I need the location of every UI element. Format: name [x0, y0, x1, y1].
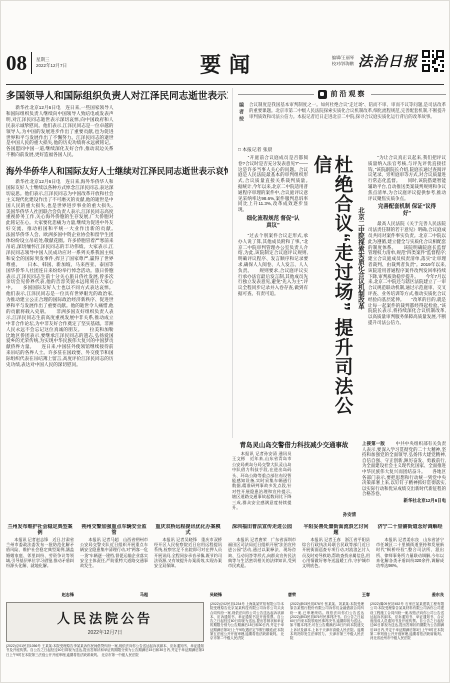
- brief-body: 本报讯 记者马超 山西省朔州市公安局交警支队近日组织开展重点车辆安全隐患集中清理…: [80, 537, 148, 592]
- court-notice-box: 人民法院公告 2022年12月7日: [6, 602, 204, 642]
- brief-pingyang: 平阳妥善处置街面流浪乞讨问题 本报讯 记者王春 浙江省平阳县综合行政执法局联合民…: [302, 524, 370, 598]
- brief-body: 本报讯 记者唐荣 广东省深圳市福田区司法局近日组织开展“法治宣传进公园”活动,通…: [228, 537, 296, 592]
- masthead-logo: 法治日报: [358, 51, 418, 71]
- feature-section: 前沿观察 编者按 合议制度是我国基本审判制度之一。如何杜绝合议“走过场”、陪而不…: [232, 88, 446, 438]
- headline-condolences-leaders: 多国领导人和国际组织负责人对江泽民同志逝世表示哀悼: [6, 90, 228, 103]
- feature-subhead-2: 完善配套机制 保证“议得好”: [374, 204, 440, 218]
- proofreader-label: 校对/郭海鹏: [332, 61, 354, 66]
- feature-subtitle: 北京二中院探索实质化合议机制改革: [356, 155, 364, 431]
- announcement-under-box: (2022)京01民初1056号 王某某:本院受理原告李某某诉你民间借贷纠纷一案…: [6, 644, 204, 676]
- editor-label: 编辑/王丽琴: [332, 55, 354, 60]
- court-notice-title: 人民法院公告: [57, 608, 153, 627]
- brief-shenzhen: 深圳福田普法宣传走进公园 本报讯 记者唐荣 广东省深圳市福田区司法局近日组织开展…: [228, 524, 296, 598]
- jump-label: 上接第一版: [362, 441, 385, 446]
- badge-line-left: [238, 94, 314, 95]
- qingdao-body: 本报讯 记者孙安清 通讯员王文彬 近年来,山东省青岛市公安局黄岛分局交警大队灵山…: [232, 451, 356, 511]
- feature-left-intro: “开庭前合议庭成员是否都阅卷?合议时是否充分发表意见?”——这是许多当事人关心的…: [238, 155, 308, 213]
- page-header: 08 星期三 2022年12月7日 要闻 编辑/王丽琴 校对/郭海鹏 法治日报: [6, 46, 444, 83]
- headline-condolences-overseas: 海外华侨华人和国际友好人士继续对江泽民同志逝世表示哀悼: [6, 165, 228, 177]
- feature-columns: “开庭前合议庭成员是否都阅卷?合议时是否充分发表意见?”——这是许多当事人关心的…: [238, 155, 446, 431]
- brief-body: 本报讯 记者吴晓锋 重庆市双桥经开区人民检察院近日启用远程提讯系统,检察官足不出…: [154, 537, 222, 592]
- brief-title: 济宁二十里铺街道念好调解经: [376, 524, 444, 537]
- editors-note: 编者按 合议制度是我国基本审判制度之一。如何杜绝合议“走过场”、陪而不审、审而不…: [238, 102, 446, 144]
- header-rule: [6, 84, 444, 85]
- brief-signature: 马超: [80, 592, 148, 598]
- feature-badge-row: 前沿观察: [238, 88, 446, 100]
- editors-note-label: 编者按: [238, 102, 245, 144]
- brief-title: 重庆双桥远程提讯优化办案模式: [154, 524, 222, 537]
- feature-headline: 杜绝合议“走过场” 提升司法公信: [312, 155, 354, 427]
- frontier-watch-icon: [318, 90, 327, 99]
- briefs-row: 兰州发布维护社会稳定典型案例 本报讯 记者赵志锋 近日,甘肃省兰州市委政法委发布…: [6, 524, 444, 598]
- feature-badge-label: 前沿观察: [331, 89, 367, 99]
- feature-left-body: “过去个别案件合议走形式,承办人说了算,其他成员附和了事。”北京二中院审判管理办…: [238, 233, 308, 297]
- feature-column-left: “开庭前合议庭成员是否都阅卷?合议时是否充分发表意见?”——这是许多当事人关心的…: [238, 155, 308, 431]
- feature-byline: □ 本报记者 张晨: [238, 146, 446, 153]
- brief-signature: 姜东良: [376, 592, 444, 598]
- mid-row: 青岛灵山岛交警借力科技减少交通事故 本报讯 记者孙安清 通讯员王文彬 近年来,山…: [232, 441, 446, 521]
- article-body-leaders: 新华社北京12月6日电 连日来,一些国家领导人和国际组织负责人继续向中国领导人致…: [6, 105, 228, 161]
- headline-qingdao: 青岛灵山岛交警借力科技减少交通事故: [232, 441, 356, 450]
- brief-shuozhou: 朔州交警加强重点车辆安全监管 本报讯 记者马超 山西省朔州市公安局交警支队近日组…: [80, 524, 148, 598]
- feature-subhead-1: 细化流程规范 督促“认真议”: [244, 216, 302, 230]
- badge-line-right: [371, 94, 447, 95]
- brief-title: 朔州交警加强重点车辆安全监管: [80, 524, 148, 537]
- brief-title: 兰州发布维护社会稳定典型案例: [6, 524, 74, 537]
- staff-block: 编辑/王丽琴 校对/郭海鹏: [332, 55, 354, 67]
- brief-body: 本报讯 记者赵志锋 近日,甘肃省兰州市委政法委发布一批防范化解矛盾风险、维护社会…: [6, 537, 74, 592]
- brief-signature: 吴晓锋: [154, 592, 222, 598]
- announcement-column-1: (2022)京02民初1234号 上海某某贸易有限公司:本院受理原告北京某某科技…: [210, 602, 284, 676]
- jump-signature: 新华社北京12月6日电: [362, 498, 446, 504]
- feature-right-intro: “为让合议真正议起来,我们把评议质量纳入法官考核,与评先评优直接挂钩。”该院副院…: [368, 155, 446, 201]
- brief-lanzhou: 兰州发布维护社会稳定典型案例 本报讯 记者赵志锋 近日,甘肃省兰州市委政法委发布…: [6, 524, 74, 598]
- header-right: 编辑/王丽琴 校对/郭海鹏 法治日报: [332, 50, 444, 72]
- qingdao-article: 青岛灵山岛交警借力科技减少交通事故 本报讯 记者孙安清 通讯员王文彬 近年来,山…: [232, 441, 356, 521]
- brief-jining: 济宁二十里铺街道念好调解经 本报讯 记者姜东良 山东省济宁市任城区二十里铺街道坚…: [376, 524, 444, 598]
- left-articles: 多国领导人和国际组织负责人对江泽民同志逝世表示哀悼 新华社北京12月6日电 连日…: [6, 90, 228, 509]
- newspaper-page: 08 星期三 2022年12月7日 要闻 编辑/王丽琴 校对/郭海鹏 法治日报 …: [0, 0, 450, 683]
- jump-continuation: 上接第一版 中共中央组织部有关负责人表示,要深入学习贯彻党的二十大精神,坚持和加…: [362, 441, 446, 521]
- court-notice-date: 2022年12月7日: [88, 629, 122, 636]
- editors-note-text: 合议制度是我国基本审判制度之一。如何杜绝合议“走过场”、陪而不审、审而不议等问题…: [249, 102, 446, 144]
- brief-body: 本报讯 记者王春 浙江省平阳县综合行政执法局联合民政等部门近日开展街面巡查专项行…: [302, 537, 370, 592]
- brief-signature: 王春: [302, 592, 370, 598]
- article-body-overseas: 新华社北京12月6日电 连日来,海外华侨华人和国际友好人士继续以各种方式悼念江泽…: [6, 179, 228, 509]
- announcements-left: 人民法院公告 2022年12月7日 (2022)京01民初1056号 王某某:本…: [6, 602, 204, 676]
- feature-column-right: “为让合议真正议起来,我们把评议质量纳入法官考核,与评先评优直接挂钩。”该院副院…: [368, 155, 446, 431]
- announcement-column-3: (2022)冀09民初452号 石家庄某某建筑工程有限公司:本院受理原告某某材料…: [370, 602, 444, 676]
- announcement-column-2: (2022)津03民初876号 张某某、刘某某:本院受理原告某银行股份有限公司诉…: [290, 602, 364, 676]
- brief-title: 深圳福田普法宣传走进公园: [228, 524, 296, 537]
- qingdao-signature: 孙安清: [232, 512, 356, 518]
- brief-signature: 唐荣: [228, 592, 296, 598]
- brief-chongqing: 重庆双桥远程提讯优化办案模式 本报讯 记者吴晓锋 重庆市双桥经开区人民检察院近日…: [154, 524, 222, 598]
- brief-signature: 赵志锋: [6, 592, 74, 598]
- brief-title: 平阳妥善处置街面流浪乞讨问题: [302, 524, 370, 537]
- qr-code-icon: [422, 50, 444, 72]
- jump-body: 中共中央组织部有关负责人表示,要深入学习贯彻党的二十大精神,坚持和加强党的全面领…: [362, 441, 446, 496]
- vertical-headline-block: 杜绝合议“走过场” 提升司法公信 北京二中院探索实质化合议机制改革: [312, 155, 364, 431]
- brief-body: 本报讯 记者姜东良 山东省济宁市任城区二十里铺街道坚持和发展新时代“枫桥经验”,…: [376, 537, 444, 592]
- announcements-section: 人民法院公告 2022年12月7日 (2022)京01民初1056号 王某某:本…: [6, 602, 444, 676]
- feature-right-body: 最高人民法院《关于完善人民法院司法责任制的若干意见》明确,合议庭成员共同对案件事…: [368, 221, 446, 325]
